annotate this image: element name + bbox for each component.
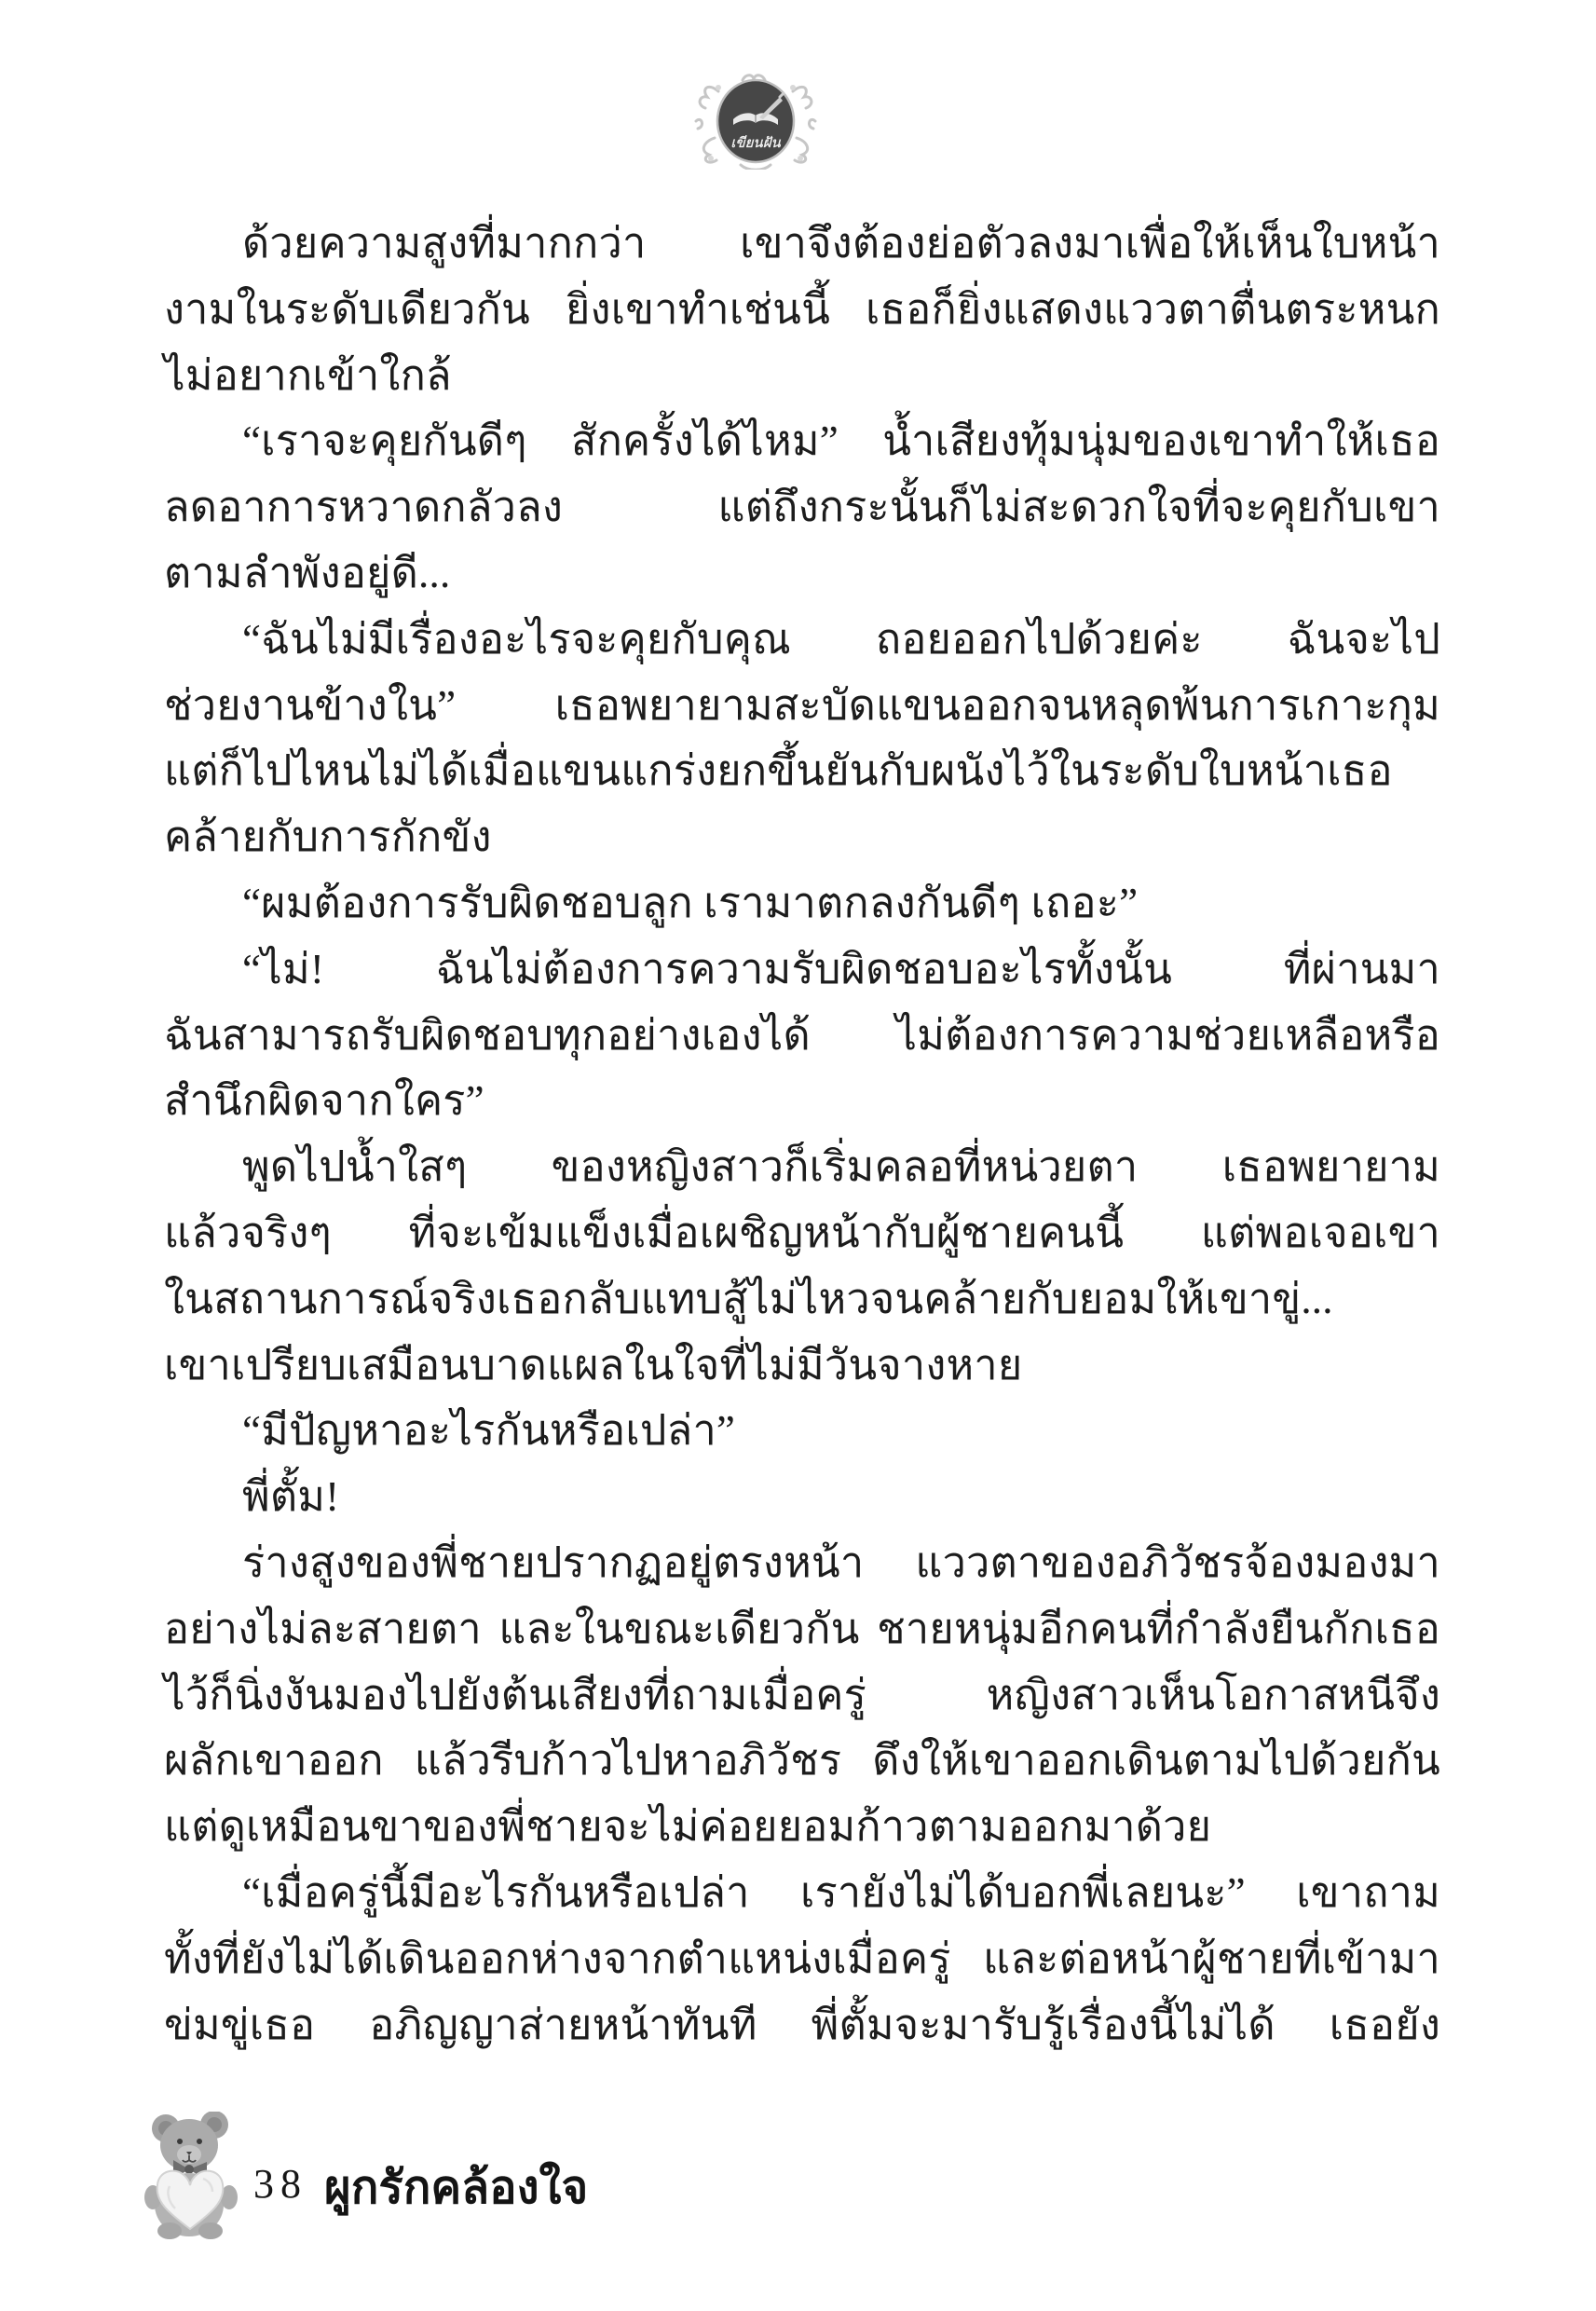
text-line: “ไม่! ฉันไม่ต้องการความรับผิดชอบอะไรทั้ง… <box>164 937 1440 1003</box>
text-line: ไว้ก็นิ่งงันมองไปยังต้นเสียงที่ถามเมื่อค… <box>164 1662 1440 1729</box>
publisher-logo-text: เขียนฝัน <box>730 135 781 151</box>
text-line: ตามลำพังอยู่ดี... <box>164 540 1440 607</box>
book-title: ผูกรักคล้องใจ <box>324 2151 588 2223</box>
text-line: เขาเปรียบเสมือนบาดแผลในใจที่ไม่มีวันจางห… <box>164 1333 1440 1399</box>
text-line: ด้วยความสูงที่มากกว่า เขาจึงต้องย่อตัวลง… <box>164 211 1440 277</box>
text-line: ทั้งที่ยังไม่ได้เดินออกห่างจากตำแหน่งเมื… <box>164 1926 1440 1992</box>
body-text: ด้วยความสูงที่มากกว่า เขาจึงต้องย่อตัวลง… <box>164 211 1440 2058</box>
text-line: “มีปัญหาอะไรกันหรือเปล่า” <box>164 1398 1440 1464</box>
text-line: ร่างสูงของพี่ชายปรากฏอยู่ตรงหน้า แววตาขอ… <box>164 1530 1440 1596</box>
text-line: ไม่อยากเข้าใกล้ <box>164 343 1440 409</box>
text-line: พี่ตั้ม! <box>164 1464 1440 1530</box>
text-line: ลดอาการหวาดกลัวลง แต่ถึงกระนั้นก็ไม่สะดว… <box>164 474 1440 540</box>
text-line: ในสถานการณ์จริงเธอกลับแทบสู้ไม่ไหวจนคล้า… <box>164 1266 1440 1333</box>
text-line: งามในระดับเดียวกัน ยิ่งเขาทำเช่นนี้ เธอก… <box>164 277 1440 343</box>
text-line: แต่ก็ไปไหนไม่ได้เมื่อแขนแกร่งยกขึ้นยันกั… <box>164 738 1440 804</box>
book-page: เขียนฝัน ด้วยความสูงที่มากกว่า เขาจึงต้อ… <box>0 0 1596 2311</box>
text-line: สำนึกผิดจากใคร” <box>164 1068 1440 1134</box>
text-line: คล้ายกับการกักขัง <box>164 804 1440 870</box>
text-line: “เราจะคุยกันดีๆ สักครั้งได้ไหม” น้ำเสียง… <box>164 408 1440 474</box>
publisher-emblem-icon: เขียนฝัน <box>694 73 817 170</box>
text-line: “ฉันไม่มีเรื่องอะไรจะคุยกับคุณ ถอยออกไปด… <box>164 607 1440 673</box>
publisher-logo: เขียนฝัน <box>694 73 817 170</box>
text-line: แล้วจริงๆ ที่จะเข้มแข็งเมื่อเผชิญหน้ากับ… <box>164 1200 1440 1266</box>
text-line: “เมื่อครู่นี้มีอะไรกันหรือเปล่า เรายังไม… <box>164 1860 1440 1926</box>
footer-mascot <box>138 2112 248 2242</box>
page-number: 38 <box>253 2160 307 2208</box>
text-line: แต่ดูเหมือนขาของพี่ชายจะไม่ค่อยยอมก้าวตา… <box>164 1794 1440 1860</box>
text-line: ข่มขู่เธอ อภิญญาส่ายหน้าทันที พี่ตั้มจะม… <box>164 1992 1440 2058</box>
text-line: ช่วยงานข้างใน” เธอพยายามสะบัดแขนออกจนหลุ… <box>164 673 1440 739</box>
text-line: ผลักเขาออก แล้วรีบก้าวไปหาอภิวัชร ดึงให้… <box>164 1728 1440 1794</box>
text-line: อย่างไม่ละสายตา และในขณะเดียวกัน ชายหนุ่… <box>164 1596 1440 1662</box>
text-line: ฉันสามารถรับผิดชอบทุกอย่างเองได้ ไม่ต้อง… <box>164 1003 1440 1069</box>
text-line: “ผมต้องการรับผิดชอบลูก เรามาตกลงกันดีๆ เ… <box>164 870 1440 937</box>
teddy-bear-holding-heart-icon <box>138 2112 248 2242</box>
text-line: พูดไปน้ำใสๆ ของหญิงสาวก็เริ่มคลอที่หน่วย… <box>164 1134 1440 1200</box>
